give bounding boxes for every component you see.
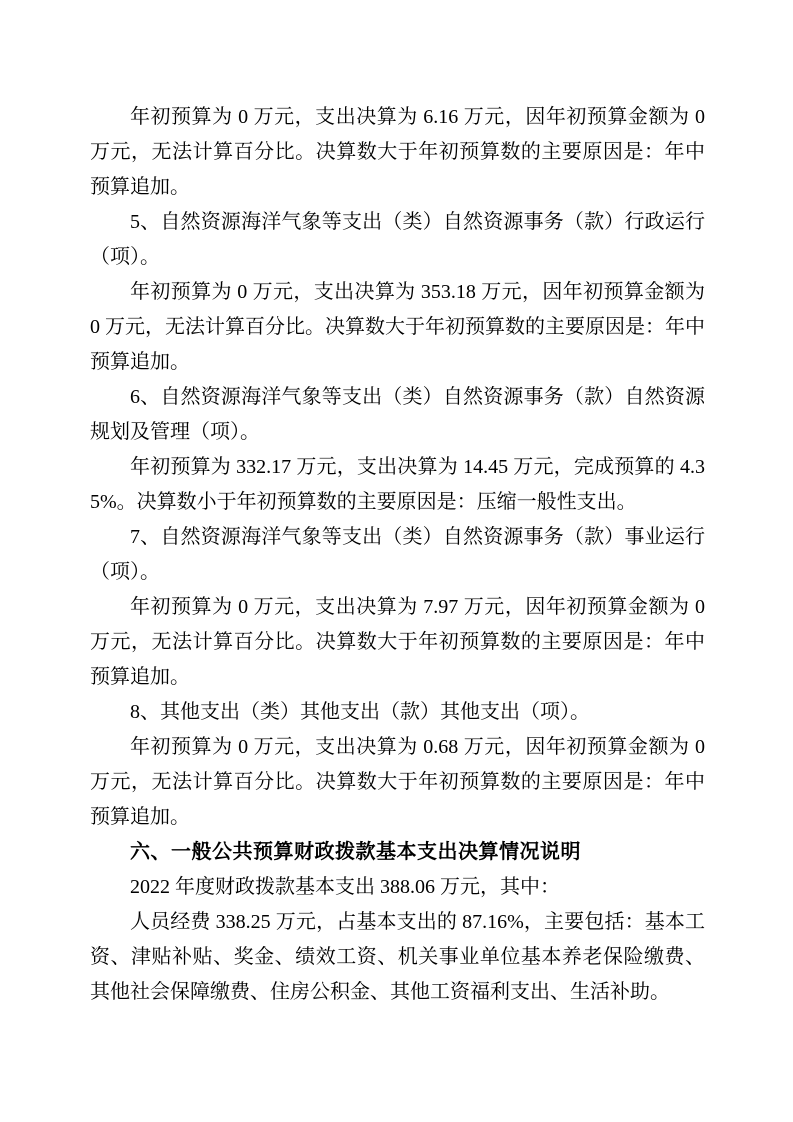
paragraph-personnel-expense: 人员经费 338.25 万元，占基本支出的 87.16%，主要包括：基本工资、津… <box>90 905 705 1010</box>
item-7-title: 7、自然资源海洋气象等支出（类）自然资源事务（款）事业运行（项）。 <box>90 520 705 590</box>
paragraph-expense-0-68: 年初预算为 0 万元，支出决算为 0.68 万元，因年初预算金额为 0 万元，无… <box>90 730 705 835</box>
paragraph-basic-expense-total: 2022 年度财政拨款基本支出 388.06 万元，其中： <box>90 870 705 905</box>
paragraph-expense-7-97: 年初预算为 0 万元，支出决算为 7.97 万元，因年初预算金额为 0 万元，无… <box>90 590 705 695</box>
paragraph-expense-353-18: 年初预算为 0 万元，支出决算为 353.18 万元，因年初预算金额为 0 万元… <box>90 275 705 380</box>
item-6-title: 6、自然资源海洋气象等支出（类）自然资源事务（款）自然资源规划及管理（项）。 <box>90 380 705 450</box>
section-6-heading: 六、一般公共预算财政拨款基本支出决算情况说明 <box>90 835 705 870</box>
paragraph-expense-14-45: 年初预算为 332.17 万元，支出决算为 14.45 万元，完成预算的 4.3… <box>90 450 705 520</box>
item-5-title: 5、自然资源海洋气象等支出（类）自然资源事务（款）行政运行（项）。 <box>90 205 705 275</box>
paragraph-expense-6-16: 年初预算为 0 万元，支出决算为 6.16 万元，因年初预算金额为 0 万元，无… <box>90 100 705 205</box>
document-page: 年初预算为 0 万元，支出决算为 6.16 万元，因年初预算金额为 0 万元，无… <box>0 0 793 1122</box>
document-body: 年初预算为 0 万元，支出决算为 6.16 万元，因年初预算金额为 0 万元，无… <box>90 100 705 1010</box>
item-8-title: 8、其他支出（类）其他支出（款）其他支出（项）。 <box>90 695 705 730</box>
